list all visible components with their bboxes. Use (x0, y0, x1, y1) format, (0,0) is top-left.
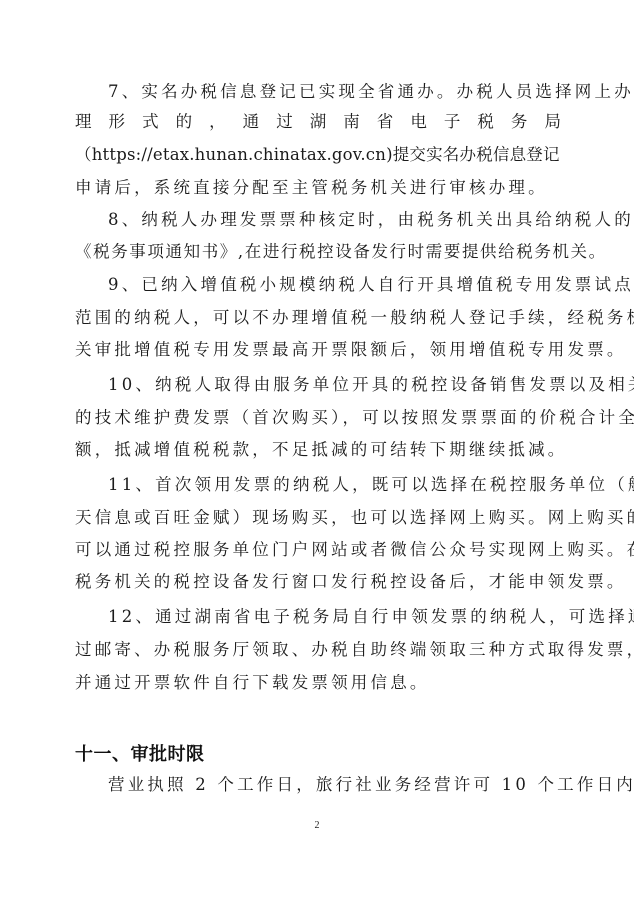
section-heading: 十一、审批时限 (75, 740, 205, 766)
paragraph-11-line-1: 11、首次领用发票的纳税人，既可以选择在税控服务单位（航 (108, 473, 561, 497)
paragraph-11-line-2: 天信息或百旺金赋）现场购买，也可以选择网上购买。网上购买的 (75, 506, 561, 530)
paragraph-8-line-1: 8、纳税人办理发票票种核定时，由税务机关出具给纳税人的 (108, 208, 561, 232)
paragraph-11-line-3: 可以通过税控服务单位门户网站或者微信公众号实现网上购买。在 (75, 538, 561, 562)
char: 电 (410, 110, 427, 134)
char: 式 (142, 110, 159, 134)
char: 湖 (310, 110, 327, 134)
document-page: 7、实名办税信息登记已实现全省通办。办税人员选择网上办 理 形 式 的 ， 通 … (0, 0, 634, 898)
section-body-line: 营业执照 2 个工作日，旅行社业务经营许可 10 个工作日内， (108, 773, 561, 797)
char: 形 (109, 110, 126, 134)
paragraph-8-line-2: 《税务事项通知书》,在进行税控设备发行时需要提供给税务机关。 (75, 240, 561, 264)
paragraph-7-line-4: 申请后，系统直接分配至主管税务机关进行审核办理。 (75, 176, 561, 200)
paragraph-10-line-1: 10、纳税人取得由服务单位开具的税控设备销售发票以及相关 (108, 373, 561, 397)
paragraph-12-line-1: 12、通过湖南省电子税务局自行申领发票的纳税人，可选择通 (108, 605, 561, 629)
paragraph-9-line-3: 关审批增值税专用发票最高开票限额后，领用增值税专用发票。 (75, 338, 561, 362)
paragraph-10-line-3: 额，抵减增值税税款，不足抵减的可结转下期继续抵减。 (75, 438, 561, 462)
paragraph-7-line-1: 7、实名办税信息登记已实现全省通办。办税人员选择网上办 (108, 80, 561, 104)
paragraph-9-line-1: 9、已纳入增值税小规模纳税人自行开具增值税专用发票试点 (108, 273, 561, 297)
page-number: 2 (0, 820, 634, 831)
char: 理 (75, 110, 92, 134)
char: 过 (276, 110, 293, 134)
paragraph-11-line-4: 税务机关的税控设备发行窗口发行税控设备后，才能申领发票。 (75, 570, 561, 594)
char: ， (209, 110, 226, 134)
char: 子 (444, 110, 461, 134)
char: 局 (544, 110, 561, 134)
paragraph-7-line-2: 理 形 式 的 ， 通 过 湖 南 省 电 子 税 务 局 (75, 110, 561, 134)
paragraph-12-line-3: 并通过开票软件自行下载发票领用信息。 (75, 671, 561, 695)
char: 南 (343, 110, 360, 134)
paragraph-12-line-2: 过邮寄、办税服务厅领取、办税自助终端领取三种方式取得发票， (75, 638, 561, 662)
paragraph-9-line-2: 范围的纳税人，可以不办理增值税一般纳税人登记手续，经税务机 (75, 306, 561, 330)
char: 通 (243, 110, 260, 134)
paragraph-7-line-3-url: （https://etax.hunan.chinatax.gov.cn)提交实名… (75, 143, 561, 167)
char: 务 (511, 110, 528, 134)
char: 省 (377, 110, 394, 134)
char: 的 (176, 110, 193, 134)
char: 税 (477, 110, 494, 134)
paragraph-10-line-2: 的技术维护费发票（首次购买），可以按照发票票面的价税合计全 (75, 406, 561, 430)
